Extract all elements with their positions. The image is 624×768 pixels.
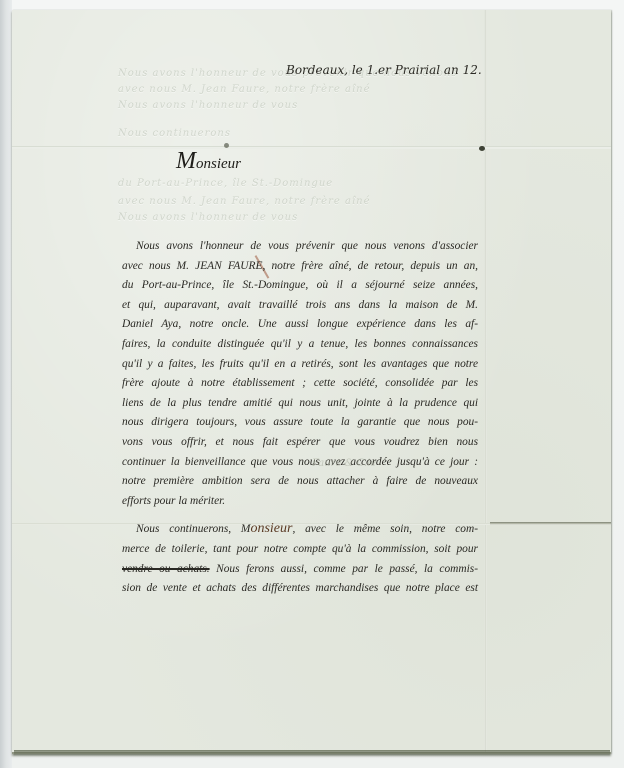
letter-salutation: Monsieur	[176, 148, 241, 175]
bleed-through-text: Nous avons l'honneur de vous	[118, 212, 298, 223]
body-line: avec nous M. JEAN FAURE, notre frère aîn…	[122, 257, 478, 277]
bleed-through-text: avec nous M. Jean Faure, notre frère aîn…	[118, 196, 371, 207]
body-line: frère ajoute à notre établissement ; cet…	[122, 374, 478, 394]
body-line: Nous avons l'honneur de vous prévenir qu…	[122, 237, 478, 257]
body-line: vons vous offrir, et nous fait espérer q…	[122, 433, 478, 453]
bleed-through-text: du Port-au-Prince, île St.-Domingue	[118, 178, 333, 189]
handwritten-insert: onsieur	[250, 521, 292, 536]
salutation-initial: M	[176, 148, 196, 174]
letter-body: Nous avons l'honneur de vous prévenir qu…	[122, 237, 478, 599]
body-line: qu'il y a faites, les fruits qu'il en a …	[122, 355, 478, 375]
paper-bottom-shadow	[14, 750, 610, 756]
vertical-fold-line	[484, 10, 487, 752]
body-text-segment: , avec le même soin, notre com-	[292, 523, 478, 535]
body-line: notre première ambition sera de nous att…	[122, 472, 478, 492]
body-line: du Port-au-Prince, île St.-Domingue, où …	[122, 276, 478, 296]
scanner-edge	[0, 0, 12, 768]
body-line: sion de vente et achats des différentes …	[122, 579, 478, 599]
body-text-segment: Nous continuerons, M	[136, 523, 250, 535]
body-line: nous dirigera toujours, vous assure tout…	[122, 413, 478, 433]
body-line: liens de la plus tendre amitié qui nous …	[122, 394, 478, 414]
body-line: Nous continuerons, Monsieur, avec le mêm…	[122, 519, 478, 540]
salutation-rest: onsieur	[196, 156, 241, 172]
body-text-segment: Nous ferons aussi, comme par le passé, l…	[210, 563, 478, 575]
body-line: vendre ou achats. Nous ferons aussi, com…	[122, 560, 478, 580]
body-line: Daniel Aya, notre oncle. Une aussi longu…	[122, 315, 478, 335]
horizontal-fold-crease-right	[490, 522, 611, 525]
struck-text: vendre ou achats.	[122, 563, 210, 575]
body-line: et qui, auparavant, avait travaillé troi…	[122, 296, 478, 316]
bleed-through-text: Nous avons l'honneur de vous	[118, 100, 298, 111]
body-line: efforts pour la mériter.	[122, 492, 478, 512]
horizontal-fold-line-top	[12, 146, 611, 149]
body-line: merce de toilerie, tant pour notre compt…	[122, 540, 478, 560]
body-line: continuer la bienveillance que vous nous…	[122, 453, 478, 473]
body-line: faires, la conduite distinguée qu'il y a…	[122, 335, 478, 355]
bleed-through-text: Nous continuerons	[118, 128, 231, 139]
embossed-stamp: Faure & C.ie	[312, 458, 376, 469]
bleed-through-text: avec nous M. Jean Faure, notre frère aîn…	[118, 84, 371, 95]
pin-hole	[479, 146, 485, 151]
letter-dateline: Bordeaux, le 1.er Prairial an 12.	[286, 63, 482, 77]
